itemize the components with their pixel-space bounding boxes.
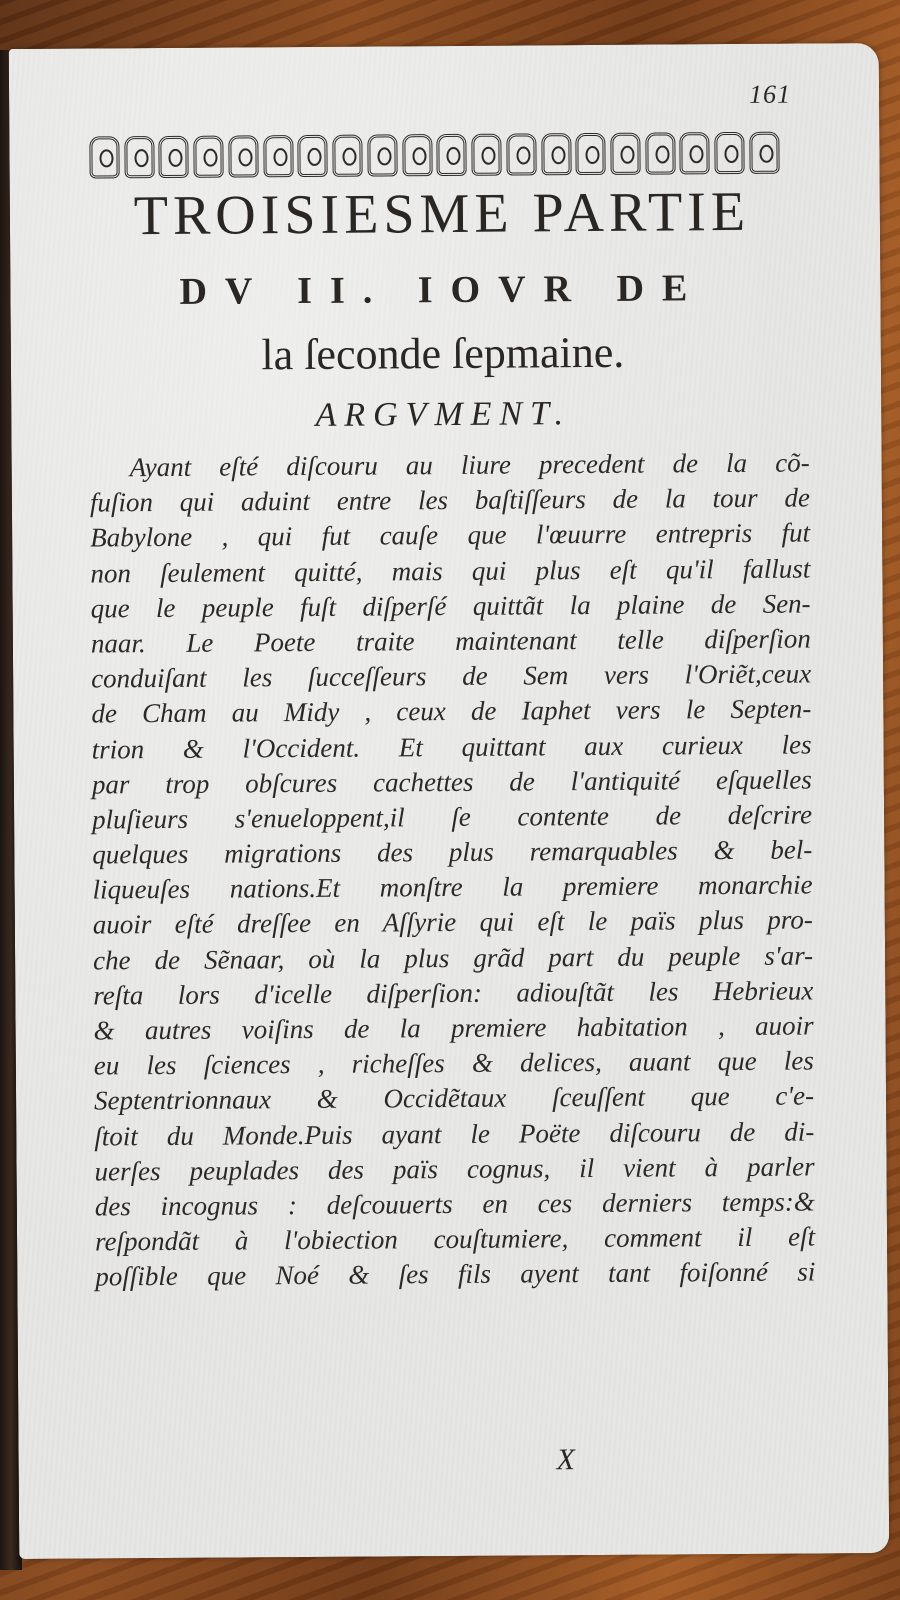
- decorative-border-ornament: [89, 128, 779, 183]
- ornament-glyph-icon: [680, 132, 710, 174]
- text-line: Septentrionnaux & Occidẽtaux ſceuſſent q…: [94, 1079, 814, 1119]
- text-line: de Cham au Midy , ceux de Iaphet vers le…: [91, 692, 811, 732]
- book-page: 161 TROISIESME PARTIE DV II. IOVR DE la …: [9, 43, 890, 1559]
- chapter-subtitle-secondary: la ſeconde ſepmaine.: [93, 326, 793, 382]
- text-line: uerſes peuplades des païs cognus, il vie…: [94, 1149, 814, 1189]
- page-number: 161: [749, 80, 791, 110]
- ornament-glyph-icon: [610, 133, 640, 175]
- ornament-glyph-icon: [263, 135, 293, 177]
- ornament-glyph-icon: [194, 136, 224, 178]
- signature-mark: X: [556, 1443, 575, 1477]
- text-line: reſta lors d'icelle diſperſion: adiouſtã…: [93, 973, 813, 1013]
- text-line: ſtoit du Monde.Puis ayant le Poëte diſco…: [94, 1114, 814, 1154]
- ornament-glyph-icon: [715, 132, 745, 174]
- ornament-glyph-icon: [471, 134, 501, 176]
- ornament-glyph-icon: [228, 135, 258, 177]
- text-line: eu les ſciences , richeſſes & delices, a…: [94, 1044, 814, 1084]
- text-line: trion & l'Occident. Et quittant aux curi…: [92, 727, 812, 767]
- text-line: liqueuſes nations.Et monſtre la premiere…: [92, 868, 812, 908]
- ornament-glyph-icon: [506, 133, 536, 175]
- ornament-glyph-icon: [437, 134, 467, 176]
- text-line: par trop obſcures cachettes de l'antiqui…: [92, 762, 812, 802]
- argument-body: Ayant eſté diſcouru au liure precedent d…: [90, 445, 816, 1295]
- text-line: & autres voiſins de la premiere habitati…: [93, 1008, 813, 1048]
- text-line: poſſible que Noé & ſes fils ayent tant f…: [95, 1255, 815, 1295]
- text-line: conduiſant les ſucceſſeurs de Sem vers l…: [91, 657, 811, 697]
- ornament-glyph-icon: [541, 133, 571, 175]
- text-line: non ſeulement quitté, mais qui plus eſt …: [90, 551, 810, 591]
- ornament-glyph-icon: [576, 133, 606, 175]
- text-line: Ayant eſté diſcouru au liure precedent d…: [90, 445, 810, 485]
- text-line: que le peuple fuſt diſperſé quittãt la p…: [91, 586, 811, 626]
- text-line: Babylone , qui fut cauſe que l'œuurre en…: [90, 516, 810, 556]
- text-line: auoir eſté dreſſee en Aſſyrie qui eſt le…: [93, 903, 813, 943]
- ornament-glyph-icon: [402, 134, 432, 176]
- text-line: des incognus : deſcouuerts en ces dernie…: [95, 1184, 815, 1224]
- ornament-glyph-icon: [124, 136, 154, 178]
- ornament-glyph-icon: [332, 135, 362, 177]
- text-line: pluſieurs s'enueloppent,il ſe contente d…: [92, 797, 812, 837]
- text-line: che de Sẽnaar, où la plus grãd part du p…: [93, 938, 813, 978]
- text-line: quelques migrations des plus remarquable…: [92, 833, 812, 873]
- ornament-glyph-icon: [159, 136, 189, 178]
- ornament-glyph-icon: [645, 132, 675, 174]
- ornament-glyph-icon: [749, 132, 779, 174]
- chapter-title: TROISIESME PARTIE: [92, 184, 792, 245]
- text-line: fuſion qui aduint entre les baſtiſſeurs …: [90, 481, 810, 521]
- chapter-subtitle: DV II. IOVR DE: [92, 266, 792, 315]
- ornament-glyph-icon: [367, 134, 397, 176]
- argument-heading: ARGVMENT.: [93, 394, 793, 437]
- ornament-glyph-icon: [298, 135, 328, 177]
- text-line: reſpondãt à l'obiection couſtumiere, com…: [95, 1220, 815, 1260]
- text-line: naar. Le Poete traite maintenant telle d…: [91, 621, 811, 661]
- ornament-glyph-icon: [89, 136, 119, 178]
